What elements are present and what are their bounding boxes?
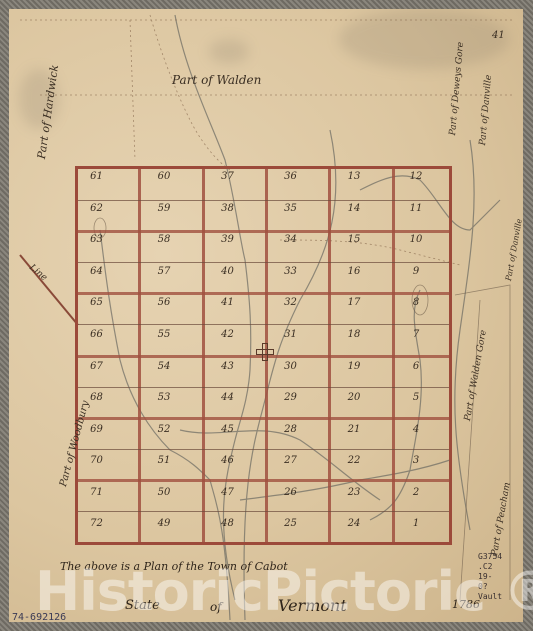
town-center-marker: [256, 343, 274, 361]
lot-number: 65: [77, 297, 117, 308]
lot-number: 19: [334, 361, 374, 372]
lot-number: 26: [271, 487, 311, 498]
lot-number: 33: [271, 266, 311, 277]
lot-number: 22: [334, 455, 374, 466]
lot-number: 66: [77, 329, 117, 340]
lot-number: 53: [144, 392, 184, 403]
lot-number: 51: [144, 455, 184, 466]
lot-number: 48: [208, 518, 248, 529]
lot-number: 38: [208, 203, 248, 214]
lot-number: 47: [208, 487, 248, 498]
lot-number: 10: [396, 234, 436, 245]
lot-number: 35: [271, 203, 311, 214]
lot-number: 61: [77, 171, 117, 182]
lot-number: 40: [208, 266, 248, 277]
lot-number: 54: [144, 361, 184, 372]
grid-row-line: [78, 511, 449, 512]
lot-number: 29: [271, 392, 311, 403]
grid-row-line: [78, 479, 449, 482]
lot-number: 43: [208, 361, 248, 372]
lot-number: 28: [271, 424, 311, 435]
lot-number: 18: [334, 329, 374, 340]
lot-number: 7: [396, 329, 436, 340]
grid-row-line: [78, 417, 449, 420]
lot-number: 42: [208, 329, 248, 340]
lot-number: 62: [77, 203, 117, 214]
lot-number: 52: [144, 424, 184, 435]
grid-row-line: [78, 262, 449, 263]
lot-number: 12: [396, 171, 436, 182]
lot-number: 44: [208, 392, 248, 403]
lot-number: 56: [144, 297, 184, 308]
lot-number: 27: [271, 455, 311, 466]
grid-row-line: [78, 449, 449, 450]
lot-number: 1: [396, 518, 436, 529]
grid-row-line: [78, 324, 449, 325]
lot-number: 13: [334, 171, 374, 182]
grid-row-line: [78, 387, 449, 388]
lot-number: 16: [334, 266, 374, 277]
label-top-town: Part of Walden: [172, 73, 261, 87]
watermark: HistoricPictoric ®: [35, 560, 533, 623]
lot-number: 55: [144, 329, 184, 340]
lot-number: 17: [334, 297, 374, 308]
lot-number: 32: [271, 297, 311, 308]
lot-number: 50: [144, 487, 184, 498]
lot-number: 41: [208, 297, 248, 308]
lot-number: 23: [334, 487, 374, 498]
lot-number: 39: [208, 234, 248, 245]
lot-number: 45: [208, 424, 248, 435]
lot-number: 49: [144, 518, 184, 529]
lot-number: 3: [396, 455, 436, 466]
lot-number: 58: [144, 234, 184, 245]
lot-number: 24: [334, 518, 374, 529]
corner-number: 41: [492, 30, 505, 41]
lot-number: 20: [334, 392, 374, 403]
lot-number: 64: [77, 266, 117, 277]
lot-number: 21: [334, 424, 374, 435]
lot-number: 63: [77, 234, 117, 245]
lot-number: 6: [396, 361, 436, 372]
lot-number: 70: [77, 455, 117, 466]
lot-number: 31: [271, 329, 311, 340]
lot-number: 9: [396, 266, 436, 277]
lot-number: 2: [396, 487, 436, 498]
lot-number: 34: [271, 234, 311, 245]
lot-number: 15: [334, 234, 374, 245]
lot-number: 57: [144, 266, 184, 277]
lot-number: 59: [144, 203, 184, 214]
lot-number: 8: [396, 297, 436, 308]
lot-number: 37: [208, 171, 248, 182]
grid-row-line: [78, 200, 449, 201]
lot-number: 60: [144, 171, 184, 182]
lot-number: 72: [77, 518, 117, 529]
lot-number: 14: [334, 203, 374, 214]
lot-number: 71: [77, 487, 117, 498]
grid-row-line: [78, 230, 449, 233]
lot-number: 46: [208, 455, 248, 466]
lot-number: 67: [77, 361, 117, 372]
lot-number: 30: [271, 361, 311, 372]
lot-number: 4: [396, 424, 436, 435]
lot-number: 5: [396, 392, 436, 403]
lot-number: 36: [271, 171, 311, 182]
grid-row-line: [78, 292, 449, 295]
lot-number: 25: [271, 518, 311, 529]
lot-number: 11: [396, 203, 436, 214]
